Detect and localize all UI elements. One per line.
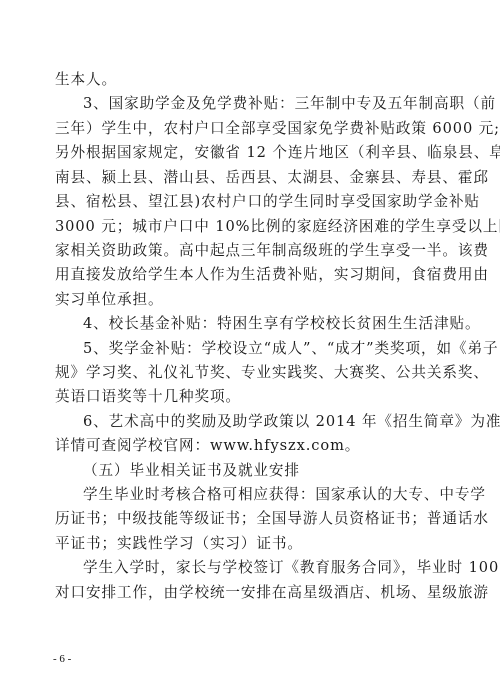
text-line: 3000 元；城市户口中 10%比例的家庭经济困难的学生享受以上国 [55,216,450,238]
text-line: 南县、颍上县、潜山县、岳西县、太湖县、金寨县、寿县、霍邱 [55,167,450,189]
text-line: 学生入学时，家长与学校签订《教育服务合同》，毕业时 100% [83,557,450,579]
text-line: 家相关资助政策。高中起点三年制高级班的学生享受一半。该费 [55,240,450,262]
text-line: 平证书；实践性学习（实习）证书。 [55,533,450,555]
text-line: 学生毕业时考核合格可相应获得：国家承认的大专、中专学 [83,484,450,506]
text-line: 规》学习奖、礼仪礼节奖、专业实践奖、大赛奖、公共关系奖、 [55,362,450,384]
document-page: 生本人。 3、国家助学金及免学费补贴：三年制中专及五年制高职（前 三年）学生中，… [0,0,500,700]
text-line: 详情可查阅学校官网：www.hfyszx.com。 [55,435,450,457]
section-heading: （五）毕业相关证书及就业安排 [83,460,450,482]
text-line: 历证书；中级技能等级证书；全国导游人员资格证书；普通话水 [55,508,450,530]
text-line: 对口安排工作，由学校统一安排在高星级酒店、机场、星级旅游 [55,582,450,604]
text-line: 另外根据国家规定，安徽省 12 个连片地区（利辛县、临泉县、阜 [55,142,450,164]
text-line: 用直接发放给学生本人作为生活费补贴，实习期间，食宿费用由 [55,264,450,286]
text-line: 3、国家助学金及免学费补贴：三年制中专及五年制高职（前 [83,93,450,115]
text-line: 实习单位承担。 [55,289,450,311]
text-line: 4、校长基金补贴：特困生享有学校校长贫困生生活津贴。 [83,313,450,335]
text-line: 县、宿松县、望江县)农村户口的学生同时享受国家助学金补贴 [55,191,450,213]
text-line: 6、艺术高中的奖励及助学政策以 2014 年《招生简章》为准， [83,411,450,433]
text-line: 三年）学生中，农村户口全部享受国家免学费补贴政策 6000 元; [55,118,450,140]
text-line: 生本人。 [55,69,450,91]
text-line: 英语口语奖等十几种奖项。 [55,386,450,408]
page-number: - 6 - [53,652,71,666]
text-line: 5、奖学金补贴：学校设立“成人”、“成才”类奖项，如《弟子 [83,338,450,360]
